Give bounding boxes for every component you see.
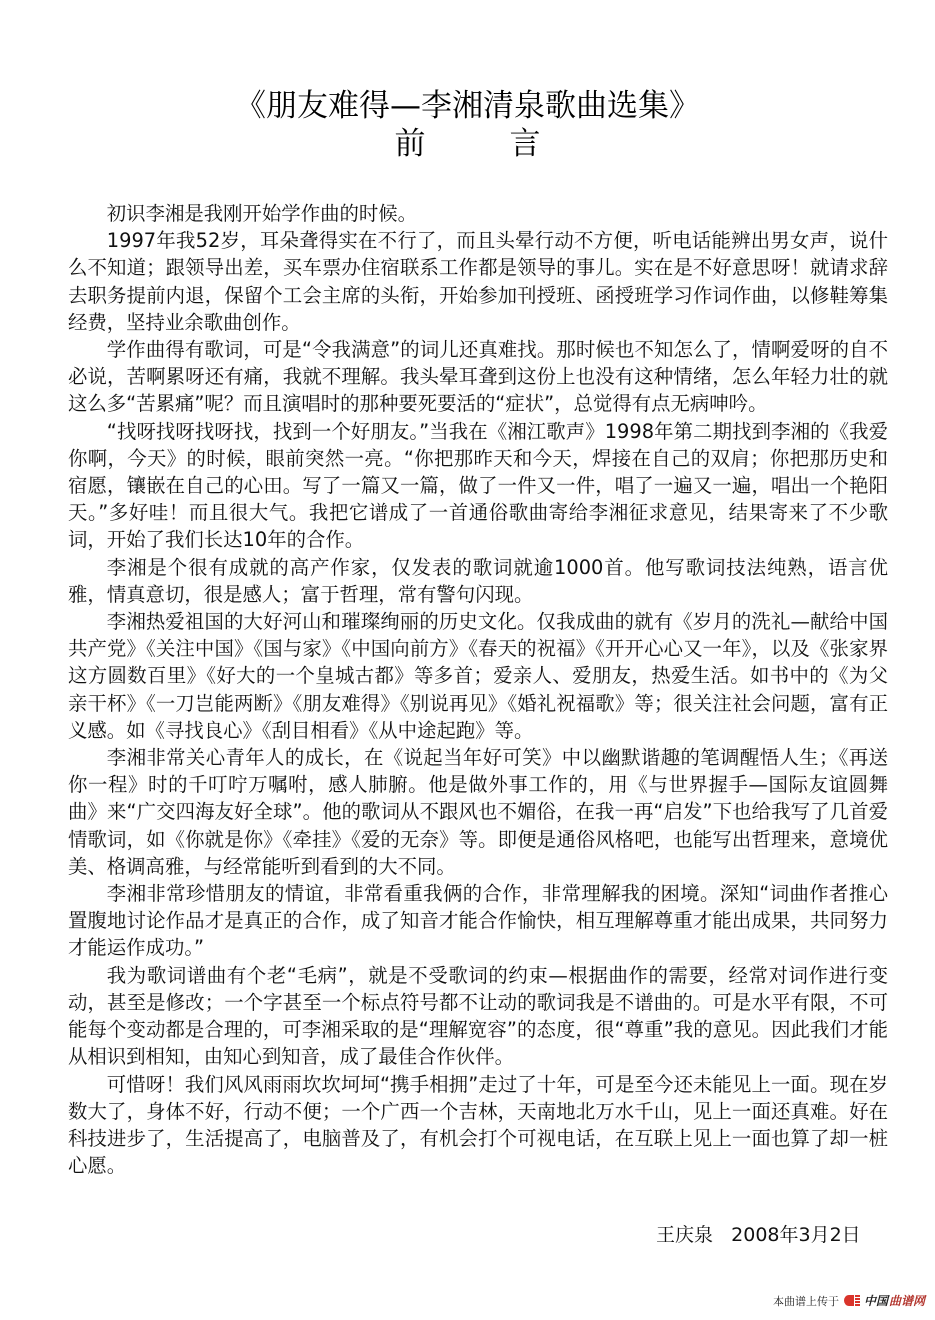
paragraph-1: 初识李湘是我刚开始学作曲的时候。	[68, 200, 888, 227]
logo-bars-icon	[855, 1295, 860, 1306]
site-logo-icon: 中国曲谱网	[844, 1292, 925, 1309]
logo-mark-icon	[844, 1295, 854, 1306]
paragraph-6: 李湘热爱祖国的大好河山和璀璨绚丽的历史文化。仅我成曲的就有《岁月的洗礼—献给中国…	[68, 608, 888, 744]
preface-heading-char-1: 前	[395, 126, 426, 162]
site-name-part1: 中国	[864, 1292, 888, 1309]
signature-date: 2008年3月2日	[731, 1224, 861, 1246]
document-title: 《朋友难得—李湘清泉歌曲选集》	[0, 86, 935, 126]
paragraph-3: 学作曲得有歌词，可是“令我满意”的词儿还真难找。那时候也不知怎么了，情啊爱呀的自…	[68, 336, 888, 418]
site-name-part2: 曲谱网	[889, 1292, 925, 1309]
watermark-prefix: 本曲谱上传于	[773, 1293, 839, 1309]
paragraph-5: 李湘是个很有成就的高产作家，仅发表的歌词就逾1000首。他写歌词技法纯熟，语言优…	[68, 554, 888, 608]
paragraph-10: 可惜呀！我们风风雨雨坎坎坷坷“携手相拥”走过了十年，可是至今还未能见上一面。现在…	[68, 1071, 888, 1180]
paragraph-4: “找呀找呀找呀找，找到一个好朋友。”当我在《湘江歌声》1998年第二期找到李湘的…	[68, 418, 888, 554]
paragraph-7: 李湘非常关心青年人的成长，在《说起当年好可笑》中以幽默谐趣的笔调醒悟人生；《再送…	[68, 744, 888, 880]
paragraph-2: 1997年我52岁，耳朵聋得实在不行了，而且头晕行动不方便，听电话能辨出男女声，…	[68, 227, 888, 336]
paragraph-8: 李湘非常珍惜朋友的情谊，非常看重我俩的合作，非常理解我的困境。深知“词曲作者推心…	[68, 880, 888, 962]
signature-line: 王庆泉 2008年3月2日	[656, 1222, 861, 1248]
preface-heading: 前言	[0, 124, 935, 164]
signature-author: 王庆泉	[656, 1224, 713, 1246]
preface-heading-char-2: 言	[510, 126, 541, 162]
paragraph-9: 我为歌词谱曲有个老“毛病”，就是不受歌词的约束—根据曲作的需要，经常对词作进行变…	[68, 962, 888, 1071]
preface-body: 初识李湘是我刚开始学作曲的时候。 1997年我52岁，耳朵聋得实在不行了，而且头…	[68, 200, 888, 1179]
upload-watermark: 本曲谱上传于 中国曲谱网	[773, 1292, 925, 1309]
